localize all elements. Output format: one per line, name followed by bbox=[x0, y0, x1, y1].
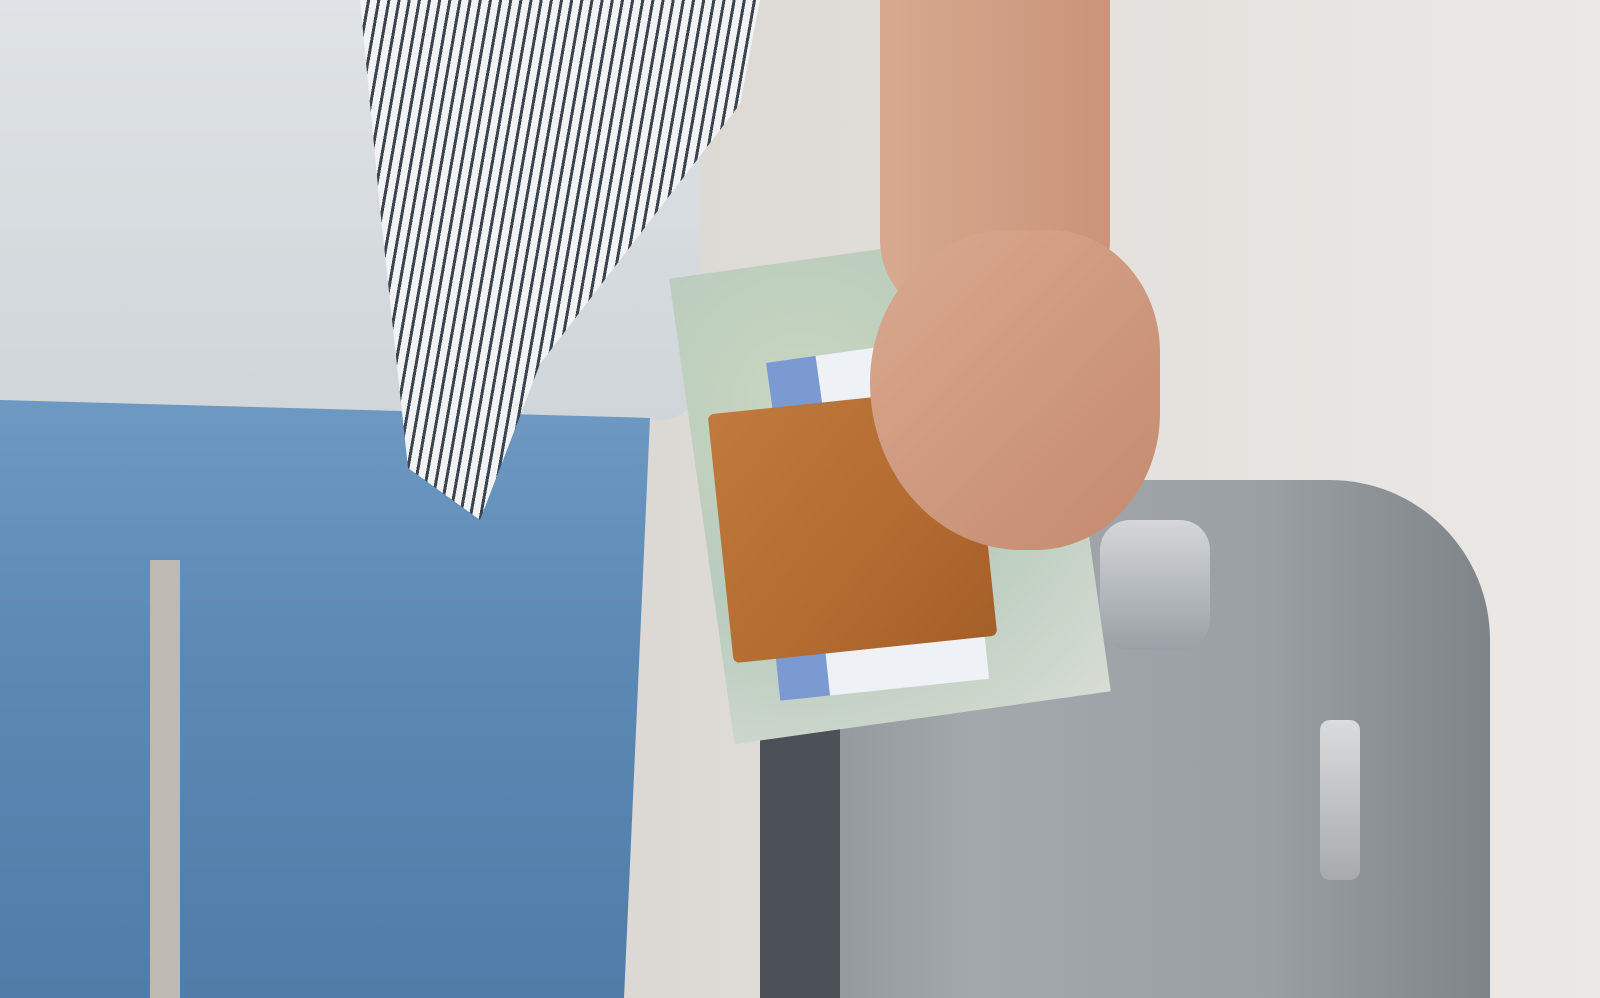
suitcase-lock bbox=[1100, 520, 1210, 650]
zipper-pull bbox=[1320, 720, 1360, 880]
jeans bbox=[0, 400, 650, 998]
suitcase-frame bbox=[760, 700, 840, 998]
leg-gap bbox=[150, 560, 180, 998]
